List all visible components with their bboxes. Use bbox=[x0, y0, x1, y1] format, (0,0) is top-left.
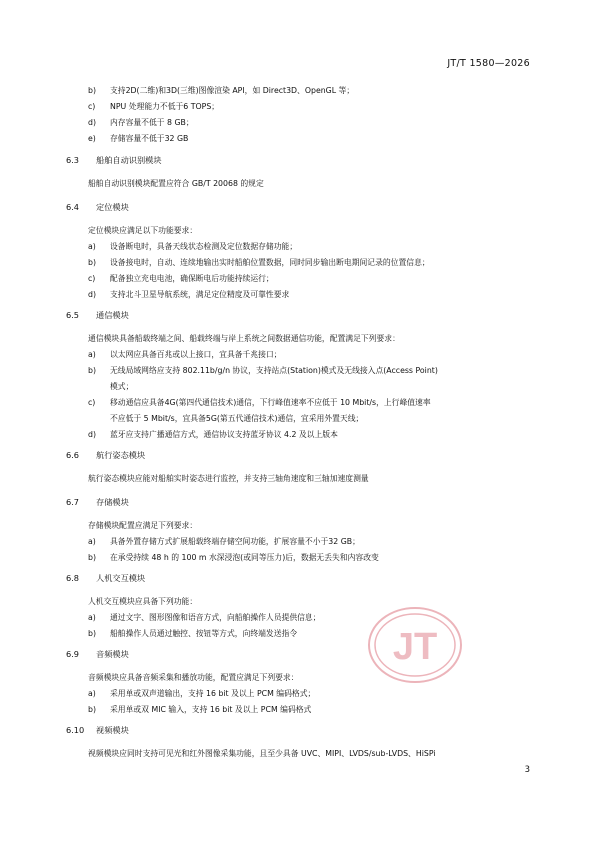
list-item-text: 设备断电时，具备天线状态检测及定位数据存储功能； bbox=[110, 242, 297, 251]
paragraph: 人机交互模块应具备下列功能： bbox=[88, 597, 197, 607]
list-item-label: b) bbox=[88, 705, 110, 715]
list-item: a)通过文字、图形图像和语音方式，向船舶操作人员提供信息； bbox=[88, 613, 321, 623]
list-item: c)移动通信应具备4G(第四代通信技术)通信，下行峰值速率不应低于 10 Mbi… bbox=[88, 398, 431, 408]
jt-watermark-stamp: JT bbox=[367, 605, 463, 685]
section-title: 船舶自动识别模块 bbox=[96, 155, 162, 165]
list-item-text: 蓝牙应支持广播通信方式，通信协议支持蓝牙协议 4.2 及以上版本 bbox=[110, 430, 338, 439]
section-number: 6.7 bbox=[66, 497, 96, 507]
list-item-label: a) bbox=[88, 537, 110, 547]
section-number: 6.9 bbox=[66, 649, 96, 659]
list-item-label: a) bbox=[88, 242, 110, 252]
list-item-text: 船舶操作人员通过触控、按钮等方式，向终端发送指令 bbox=[110, 629, 297, 638]
section-heading: 6.6航行姿态模块 bbox=[66, 450, 145, 460]
paragraph: 视频模块应同时支持可见光和红外图像采集功能，且至少具备 UVC、MIPI、LVD… bbox=[88, 749, 436, 759]
section-heading: 6.8人机交互模块 bbox=[66, 573, 145, 583]
list-item-label: d) bbox=[88, 290, 110, 300]
list-item: d)支持北斗卫星导航系统，满足定位精度及可靠性要求 bbox=[88, 290, 289, 300]
list-item: a)采用单或双声道输出，支持 16 bit 及以上 PCM 编码格式； bbox=[88, 689, 315, 699]
list-item-text: 支持北斗卫星导航系统，满足定位精度及可靠性要求 bbox=[110, 290, 289, 299]
section-heading: 6.3船舶自动识别模块 bbox=[66, 155, 162, 165]
list-item-text: 通过文字、图形图像和语音方式，向船舶操作人员提供信息； bbox=[110, 613, 321, 622]
section-title: 存储模块 bbox=[96, 497, 129, 507]
list-item-text: 移动通信应具备4G(第四代通信技术)通信，下行峰值速率不应低于 10 Mbit/… bbox=[110, 398, 431, 407]
list-item-text: 采用单或双声道输出，支持 16 bit 及以上 PCM 编码格式； bbox=[110, 689, 315, 698]
watermark-text: JT bbox=[393, 626, 437, 668]
list-item-label: d) bbox=[88, 430, 110, 440]
section-title: 通信模块 bbox=[96, 310, 129, 320]
list-item-text: 以太网应具备百兆或以上接口，宜具备千兆接口； bbox=[110, 350, 282, 359]
list-item-text: 采用单或双 MIC 输入，支持 16 bit 及以上 PCM 编码格式 bbox=[110, 705, 311, 714]
list-item-label: a) bbox=[88, 350, 110, 360]
list-item-label: b) bbox=[88, 86, 110, 96]
list-item: b)在承受持续 48 h 的 100 m 水深浸泡(或同等压力)后，数据无丢失和… bbox=[88, 553, 379, 563]
section-heading: 6.7存储模块 bbox=[66, 497, 129, 507]
list-item: b)船舶操作人员通过触控、按钮等方式，向终端发送指令 bbox=[88, 629, 297, 639]
section-title: 音频模块 bbox=[96, 649, 129, 659]
section-heading: 6.9音频模块 bbox=[66, 649, 129, 659]
list-item: c)NPU 处理能力不低于6 TOPS； bbox=[88, 102, 219, 112]
list-item-text: NPU 处理能力不低于6 TOPS； bbox=[110, 102, 219, 111]
list-item: a)以太网应具备百兆或以上接口，宜具备千兆接口； bbox=[88, 350, 282, 360]
paragraph: 航行姿态模块应能对船舶实时姿态进行监控，并支持三轴角速度和三轴加速度测量 bbox=[88, 474, 369, 484]
paragraph: 定位模块应满足以下功能要求： bbox=[88, 226, 197, 236]
list-item-text: 设备接电时，自动、连续地输出实时船舶位置数据，同时同步输出断电期间记录的位置信息… bbox=[110, 258, 430, 267]
list-item: c)配备独立充电电池，确保断电后功能持续运行； bbox=[88, 274, 274, 284]
section-heading: 6.5通信模块 bbox=[66, 310, 129, 320]
list-item-label: b) bbox=[88, 553, 110, 563]
section-number: 6.8 bbox=[66, 573, 96, 583]
section-title: 定位模块 bbox=[96, 202, 129, 212]
section-title: 航行姿态模块 bbox=[96, 450, 145, 460]
list-item-continuation: 模式； bbox=[110, 382, 133, 392]
standard-code: JT/T 1580—2026 bbox=[447, 58, 530, 69]
list-item: b)采用单或双 MIC 输入，支持 16 bit 及以上 PCM 编码格式 bbox=[88, 705, 311, 715]
list-item-text: 在承受持续 48 h 的 100 m 水深浸泡(或同等压力)后，数据无丢失和内容… bbox=[110, 553, 379, 562]
paragraph: 音频模块应具备音频采集和播放功能，配置应满足下列要求： bbox=[88, 673, 299, 683]
list-item-text: 内存容量不低于 8 GB； bbox=[110, 118, 194, 127]
paragraph: 存储模块配置应满足下列要求： bbox=[88, 521, 197, 531]
list-item: b)无线局域网络应支持 802.11b/g/n 协议，支持站点(Station)… bbox=[88, 366, 438, 376]
section-number: 6.4 bbox=[66, 202, 96, 212]
list-item-label: d) bbox=[88, 118, 110, 128]
list-item: a)设备断电时，具备天线状态检测及定位数据存储功能； bbox=[88, 242, 297, 252]
list-item-text: 存储容量不低于32 GB bbox=[110, 134, 188, 143]
list-item: d)内存容量不低于 8 GB； bbox=[88, 118, 194, 128]
list-item-text: 配备独立充电电池，确保断电后功能持续运行； bbox=[110, 274, 274, 283]
list-item-label: b) bbox=[88, 629, 110, 639]
paragraph: 通信模块具备船载终端之间、船载终端与岸上系统之间数据通信功能，配置满足下列要求： bbox=[88, 334, 400, 344]
list-item-text: 无线局域网络应支持 802.11b/g/n 协议，支持站点(Station)模式… bbox=[110, 366, 438, 375]
section-title: 人机交互模块 bbox=[96, 573, 145, 583]
list-item-text: 具备外置存储方式扩展船载终端存储空间功能，扩展容量不小于32 GB； bbox=[110, 537, 360, 546]
list-item-label: b) bbox=[88, 366, 110, 376]
list-item-label: c) bbox=[88, 398, 110, 408]
paragraph: 船舶自动识别模块配置应符合 GB/T 20068 的规定 bbox=[88, 179, 264, 189]
section-number: 6.10 bbox=[66, 725, 96, 735]
page-number: 3 bbox=[525, 765, 530, 775]
section-heading: 6.4定位模块 bbox=[66, 202, 129, 212]
section-number: 6.5 bbox=[66, 310, 96, 320]
list-item-continuation: 不应低于 5 Mbit/s，宜具备5G(第五代通信技术)通信，宜采用外置天线； bbox=[110, 414, 363, 424]
list-item: b)设备接电时，自动、连续地输出实时船舶位置数据，同时同步输出断电期间记录的位置… bbox=[88, 258, 430, 268]
section-heading: 6.10视频模块 bbox=[66, 725, 129, 735]
list-item-label: c) bbox=[88, 274, 110, 284]
list-item: a)具备外置存储方式扩展船载终端存储空间功能，扩展容量不小于32 GB； bbox=[88, 537, 360, 547]
list-item-label: c) bbox=[88, 102, 110, 112]
list-item-label: e) bbox=[88, 134, 110, 144]
list-item: d)蓝牙应支持广播通信方式，通信协议支持蓝牙协议 4.2 及以上版本 bbox=[88, 430, 338, 440]
list-item-text: 支持2D(二维)和3D(三维)图像渲染 API，如 Direct3D、OpenG… bbox=[110, 86, 354, 95]
list-item: e)存储容量不低于32 GB bbox=[88, 134, 188, 144]
section-number: 6.3 bbox=[66, 155, 96, 165]
section-title: 视频模块 bbox=[96, 725, 129, 735]
list-item-label: a) bbox=[88, 689, 110, 699]
section-number: 6.6 bbox=[66, 450, 96, 460]
list-item: b)支持2D(二维)和3D(三维)图像渲染 API，如 Direct3D、Ope… bbox=[88, 86, 354, 96]
list-item-label: b) bbox=[88, 258, 110, 268]
list-item-label: a) bbox=[88, 613, 110, 623]
